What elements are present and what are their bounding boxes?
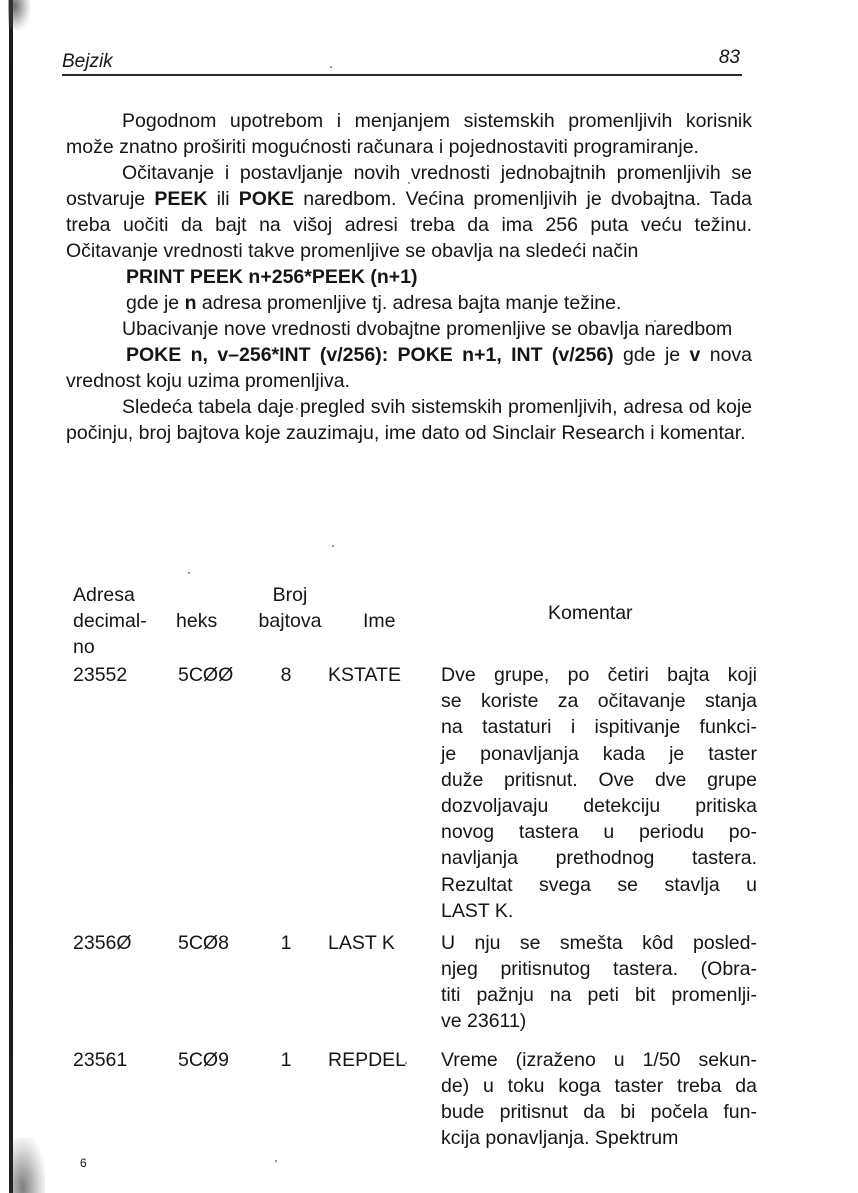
paragraph-peek-poke: Očitavanje i postavljanje novih vrednost…	[66, 160, 752, 264]
table-row: 235525CØØ8KSTATEDve grupe, po četiri baj…	[73, 662, 763, 924]
comment-line: na tastaturi i ispitivanje funkci-	[441, 714, 757, 740]
comment-line: navljanja prethodnog tastera.	[441, 845, 757, 871]
scan-smudge	[13, 1138, 45, 1193]
running-title: Bejzik	[62, 51, 113, 73]
comment-line: Rezultat svega se stavlja u	[441, 872, 757, 898]
scan-speck	[188, 572, 190, 574]
paragraph-n-explanation: gde je n adresa promenljive tj. adresa b…	[66, 290, 752, 316]
keyword-peek: PEEK	[154, 188, 207, 210]
system-variables-table: Adresa decimal- no heks Broj bajtova Ime…	[73, 582, 763, 1151]
scan-speck	[654, 320, 656, 322]
code-poke: POKE n, v–256*INT (v/256): POKE n+1, INT…	[126, 344, 614, 366]
cell-address: 23552	[73, 662, 127, 688]
paragraph-poke-code: POKE n, v–256*INT (v/256): POKE n+1, INT…	[66, 342, 752, 394]
scan-speck	[408, 182, 410, 184]
comment-line: njeg pritisnutog tastera. (Obra-	[441, 956, 757, 982]
cell-address: 23561	[73, 1047, 127, 1073]
variable-v: v	[690, 344, 701, 366]
cell-hex: 5CØ9	[178, 1047, 229, 1073]
table-row: 235615CØ91REPDELVreme (izraženo u 1/50 s…	[73, 1047, 763, 1152]
comment-line: titi pažnju na peti bit promenlji-	[441, 982, 757, 1008]
keyword-poke: POKE	[239, 188, 294, 210]
scan-speck	[330, 66, 332, 68]
scan-speck	[405, 1062, 407, 1064]
cell-comment: U nju se smešta kôd posled-njeg pritisnu…	[441, 930, 757, 1035]
text-span: gde je	[126, 292, 185, 314]
signature-mark: 6	[80, 1156, 87, 1170]
cell-bytes: 1	[261, 1047, 311, 1073]
comment-line: U nju se smešta kôd posled-	[441, 930, 757, 956]
text-span: ili	[207, 188, 238, 210]
scan-speck	[332, 545, 334, 547]
comment-line: duže pritisnut. Ove dve grupe	[441, 767, 757, 793]
comment-line: bude pritisnut da bi počela fun-	[441, 1099, 757, 1125]
cell-bytes: 1	[261, 930, 311, 956]
comment-line: Vreme (izraženo u 1/50 sekun-	[441, 1047, 757, 1073]
comment-line: je ponavljanja kada je taster	[441, 741, 757, 767]
comment-line: Dve grupe, po četiri bajta koji	[441, 662, 757, 688]
header-address: Adresa decimal- no	[73, 582, 147, 660]
paragraph-insert-value: Ubacivanje nove vrednosti dvobajtne prom…	[66, 316, 752, 342]
text-span: adresa promenljive tj. adresa bajta manj…	[196, 292, 621, 314]
cell-hex: 5CØ8	[178, 930, 229, 956]
comment-line: novog tastera u periodu po-	[441, 819, 757, 845]
cell-name: KSTATE	[328, 662, 401, 688]
comment-line: LAST K.	[441, 898, 757, 924]
comment-line: de) u toku koga taster treba da	[441, 1073, 757, 1099]
table-body: 235525CØØ8KSTATEDve grupe, po četiri baj…	[73, 662, 763, 1151]
comment-line: dozvoljavaju detekciju pritiska	[441, 793, 757, 819]
scan-speck	[296, 408, 298, 410]
page-header: Bejzik 83	[62, 46, 742, 76]
cell-comment: Vreme (izraženo u 1/50 sekun-de) u toku …	[441, 1047, 757, 1152]
book-binding-edge	[9, 0, 13, 1193]
cell-name: LAST K	[328, 930, 395, 956]
cell-hex: 5CØØ	[178, 662, 233, 688]
cell-address: 2356Ø	[73, 930, 132, 956]
paragraph-table-intro: Sledeća tabela daje pregled svih sistems…	[66, 394, 752, 446]
cell-name: REPDEL	[328, 1047, 406, 1073]
page-number: 83	[719, 47, 740, 69]
body-text: Pogodnom upotrebom i menjanjem sistemski…	[66, 108, 752, 446]
text-span: gde je	[614, 344, 690, 366]
comment-line: ve 23611)	[441, 1008, 757, 1034]
header-comment: Komentar	[548, 600, 633, 626]
table-header: Adresa decimal- no heks Broj bajtova Ime…	[73, 582, 763, 662]
header-name: Ime	[363, 608, 396, 634]
variable-n: n	[185, 292, 197, 314]
header-bytes: Broj bajtova	[249, 582, 331, 634]
cell-bytes: 8	[261, 662, 311, 688]
header-hex: heks	[176, 608, 217, 634]
code-print-peek: PRINT PEEK n+256*PEEK (n+1)	[66, 264, 752, 290]
paragraph-intro: Pogodnom upotrebom i menjanjem sistemski…	[66, 108, 752, 160]
comment-line: kcija ponavljanja. Spektrum	[441, 1125, 757, 1151]
cell-comment: Dve grupe, po četiri bajta kojise korist…	[441, 662, 757, 924]
scan-smudge	[8, 0, 30, 30]
comment-line: se koriste za očitavanje stanja	[441, 688, 757, 714]
scan-speck	[275, 1160, 277, 1162]
table-row: 2356Ø5CØ81LAST KU nju se smešta kôd posl…	[73, 930, 763, 1035]
